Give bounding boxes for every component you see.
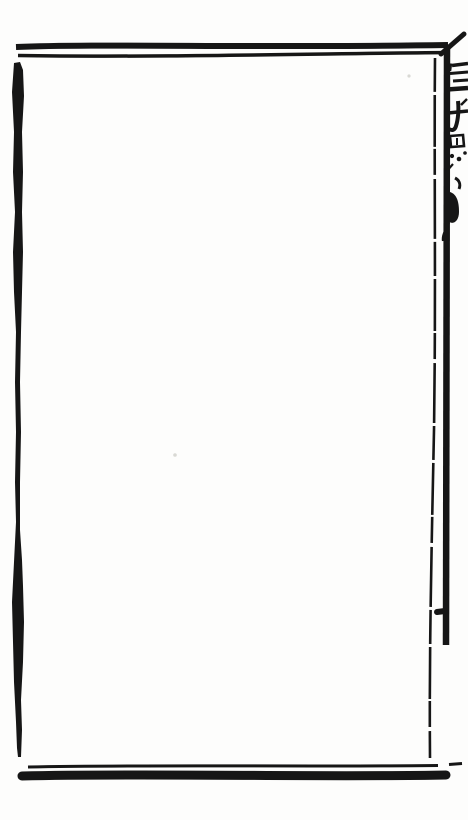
margin-glyph-fragment-3-dot	[450, 154, 454, 158]
scanned-book-page	[0, 0, 468, 820]
margin-glyph-fragment-3-dot	[457, 157, 462, 162]
right-rule-tick-mark	[437, 611, 445, 612]
margin-glyph-fragment-2	[448, 99, 468, 130]
top-border-lower-rule	[18, 53, 446, 57]
paper-speck	[407, 74, 410, 77]
right-inner-thin-rule	[430, 58, 435, 758]
bottom-border-upper-rule	[28, 766, 438, 768]
margin-glyph-fragment-3-dot	[463, 151, 467, 155]
bottom-border-lower-rule	[22, 775, 446, 776]
paper-speck	[173, 453, 177, 457]
left-binding-edge-band	[12, 62, 24, 757]
ink-fill-layer	[12, 62, 467, 757]
margin-glyph-fragment-4-blob	[444, 192, 459, 223]
page-ink-artwork	[0, 0, 468, 820]
ink-stroke-layer	[16, 34, 468, 776]
paper-speck-layer	[173, 74, 410, 456]
top-border-upper-rule	[16, 45, 448, 47]
right-outer-thick-rule	[446, 48, 447, 645]
bottom-border-upper-rule-dash	[449, 764, 462, 765]
